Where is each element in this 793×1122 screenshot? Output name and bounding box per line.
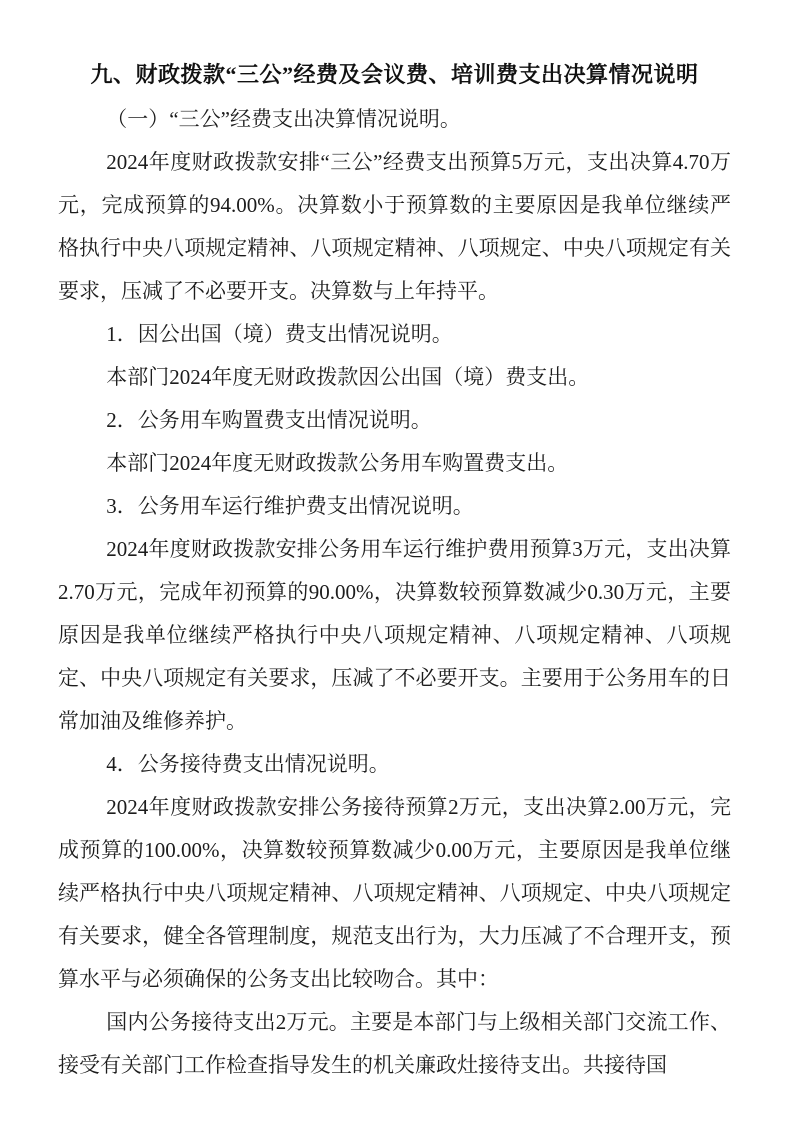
item-2-body: 本部门2024年度无财政拨款公务用车购置费支出。 bbox=[58, 442, 731, 485]
item-4-body: 2024年度财政拨款安排公务接待预算2万元，支出决算2.00万元，完成预算的10… bbox=[58, 786, 731, 1001]
item-3-heading: 3．公务用车运行维护费支出情况说明。 bbox=[58, 485, 731, 528]
item-1-body: 本部门2024年度无财政拨款因公出国（境）费支出。 bbox=[58, 356, 731, 399]
document-title: 九、财政拨款“三公”经费及会议费、培训费支出决算情况说明 bbox=[58, 52, 731, 98]
item-3-body: 2024年度财政拨款安排公务用车运行维护费用预算3万元，支出决算2.70万元，完… bbox=[58, 528, 731, 743]
domestic-reception-paragraph: 国内公务接待支出2万元。主要是本部门与上级相关部门交流工作、接受有关部门工作检查… bbox=[58, 1001, 731, 1087]
document-content: 九、财政拨款“三公”经费及会议费、培训费支出决算情况说明 （一）“三公”经费支出… bbox=[0, 0, 793, 1087]
sangong-summary-paragraph: 2024年度财政拨款安排“三公”经费支出预算5万元，支出决算4.70万元，完成预… bbox=[58, 141, 731, 313]
document-body: （一）“三公”经费支出决算情况说明。 2024年度财政拨款安排“三公”经费支出预… bbox=[58, 98, 731, 1087]
item-4-heading: 4．公务接待费支出情况说明。 bbox=[58, 743, 731, 786]
item-1-heading: 1．因公出国（境）费支出情况说明。 bbox=[58, 313, 731, 356]
item-2-heading: 2．公务用车购置费支出情况说明。 bbox=[58, 399, 731, 442]
document-page: 九、财政拨款“三公”经费及会议费、培训费支出决算情况说明 （一）“三公”经费支出… bbox=[0, 0, 793, 1122]
section-1-heading: （一）“三公”经费支出决算情况说明。 bbox=[58, 98, 731, 141]
